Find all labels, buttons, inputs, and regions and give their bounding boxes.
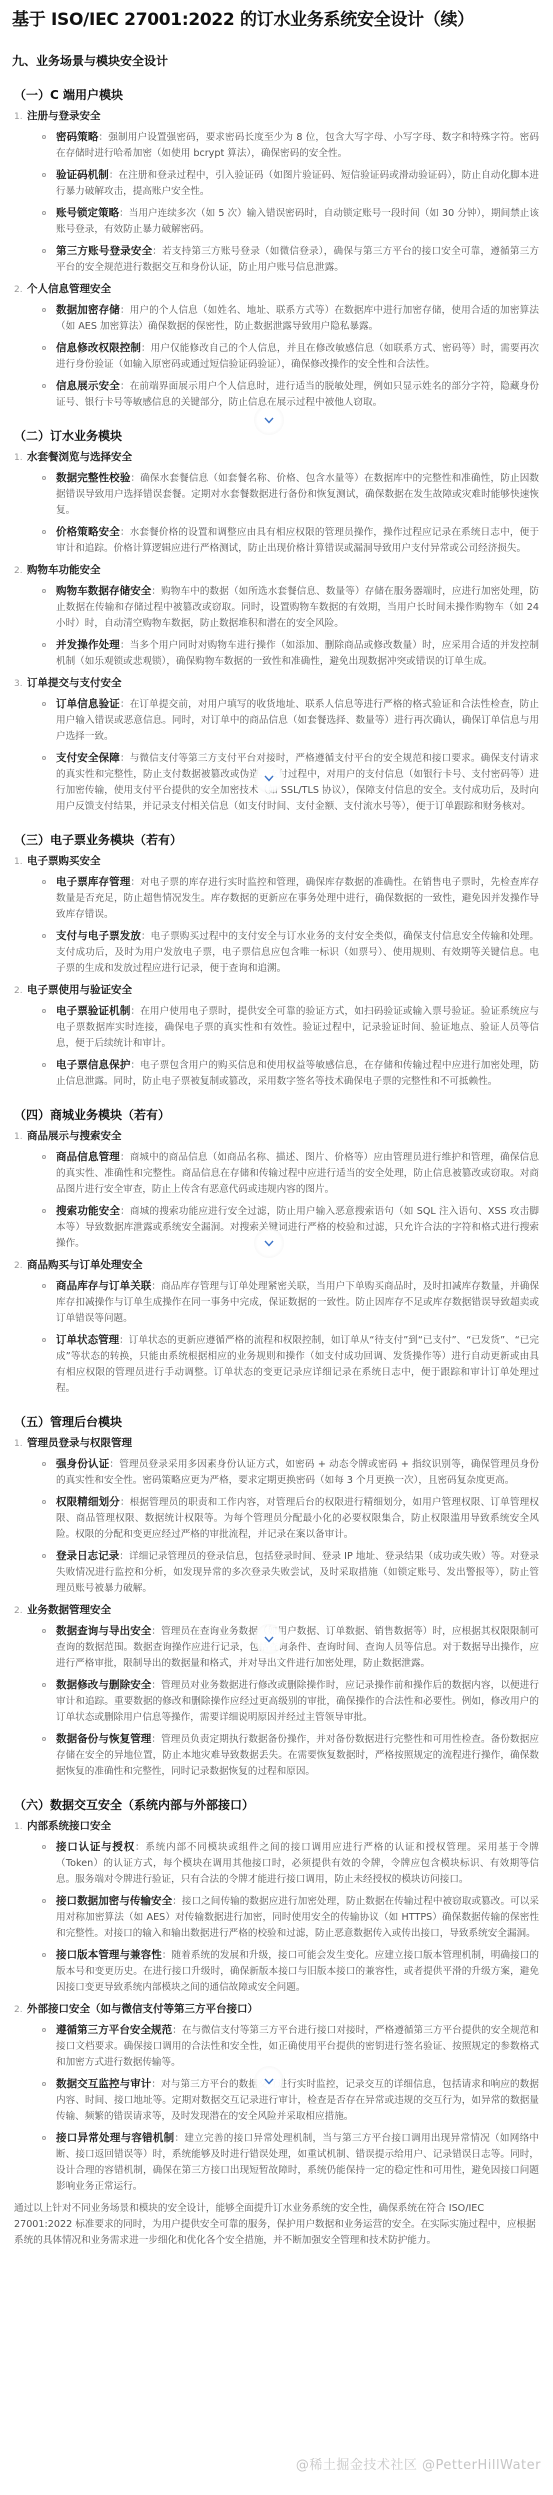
item-description: 当用户连续多次（如 5 次）输入错误密码时，自动锁定账号一段时间（如 30 分钟…	[56, 208, 539, 235]
scroll-down-button[interactable]	[254, 405, 284, 435]
list-item: 信息修改权限控制：用户仅能修改自己的个人信息，并且在修改敏感信息（如联系方式、密…	[42, 340, 539, 373]
item-term: 数据备份与恢复管理	[56, 1733, 151, 1745]
circle-bullet-icon	[42, 308, 46, 312]
term-separator: ：	[120, 699, 130, 710]
subsection-number: 1.	[14, 109, 27, 126]
item-term: 登录日志记录	[56, 1550, 119, 1562]
term-separator: ：	[120, 1152, 130, 1163]
subsection: 2.购物车功能安全购物车数据存储安全：购物车中的数据（如所选水套餐信息、数量等）…	[12, 562, 539, 670]
item-term: 商品信息管理	[56, 1151, 120, 1163]
chevron-down-icon	[264, 2078, 274, 2085]
item-term: 商品库存与订单关联	[56, 1280, 151, 1292]
subsection-title: 购物车功能安全	[27, 562, 101, 579]
document-title: 基于 ISO/IEC 27001:2022 的订水业务系统安全设计（续）	[12, 8, 539, 32]
list-item: 信息展示安全：在前端界面展示用户个人信息时，进行适当的脱敏处理，例如只显示姓名的…	[42, 378, 539, 411]
section-title: （三）电子票业务模块（若有）	[12, 831, 539, 849]
subsection: 1.水套餐浏览与选择安全数据完整性校验：确保水套餐信息（如套餐名称、价格、包含水…	[12, 449, 539, 557]
circle-bullet-icon	[42, 2082, 46, 2086]
term-separator: ：	[151, 2079, 161, 2090]
list-item: 商品库存与订单关联：商品库存管理与订单处理紧密关联，当用户下单购买商品时，及时扣…	[42, 1278, 539, 1327]
circle-bullet-icon	[42, 1554, 46, 1558]
subsection-number: 2.	[14, 282, 27, 299]
list-item: 接口数据加密与传输安全：接口之间传输的数据应进行加密处理，防止数据在传输过程中被…	[42, 1893, 539, 1942]
bullet-list: 订单信息验证：在订单提交前，对用户填写的收货地址、联系人信息等进行严格的格式验证…	[12, 696, 539, 815]
term-separator: ：	[141, 343, 151, 354]
circle-bullet-icon	[42, 135, 46, 139]
term-separator: ：	[151, 1734, 161, 1745]
chevron-down-icon	[264, 1240, 274, 1247]
circle-bullet-icon	[42, 1953, 46, 1957]
subsection-title: 商品展示与搜索安全	[27, 1128, 122, 1145]
scroll-down-button[interactable]	[254, 2066, 284, 2096]
chevron-down-icon	[264, 1636, 274, 1643]
subsection-number: 1.	[14, 1129, 27, 1146]
circle-bullet-icon	[42, 589, 46, 593]
circle-bullet-icon	[42, 702, 46, 706]
item-term: 支付安全保障	[56, 752, 120, 764]
subsection-number: 1.	[14, 1819, 27, 1836]
bullet-list: 电子票验证机制：在用户使用电子票时，提供安全可靠的验证方式，如扫码验证或输入票号…	[12, 1003, 539, 1090]
subsection-title: 订单提交与支付安全	[27, 675, 122, 692]
list-item: 密码策略：强制用户设置强密码，要求密码长度至少为 8 位，包含大写字母、小写字母…	[42, 129, 539, 162]
circle-bullet-icon	[42, 1845, 46, 1849]
circle-bullet-icon	[42, 1209, 46, 1213]
subsection: 1.内部系统接口安全接口认证与授权：系统内部不同模块或组件之间的接口调用应进行严…	[12, 1818, 539, 1996]
term-separator: ：	[120, 753, 130, 764]
subsection-title: 业务数据管理安全	[27, 1602, 111, 1619]
module-section: （一）C 端用户模块1.注册与登录安全密码策略：强制用户设置强密码，要求密码长度…	[12, 86, 539, 411]
subsection: 1.电子票购买安全电子票库存管理：对电子票的库存进行实时监控和管理，确保库存数据…	[12, 853, 539, 977]
list-item: 购物车数据存储安全：购物车中的数据（如所选水套餐信息、数量等）存储在服务器端时，…	[42, 583, 539, 632]
section-title: （一）C 端用户模块	[12, 86, 539, 104]
list-item: 登录日志记录：详细记录管理员的登录信息，包括登录时间、登录 IP 地址、登录结果…	[42, 1548, 539, 1597]
subsection: 3.订单提交与支付安全订单信息验证：在订单提交前，对用户填写的收货地址、联系人信…	[12, 675, 539, 815]
subsection-heading: 1.管理员登录与权限管理	[12, 1435, 539, 1453]
term-separator: ：	[120, 305, 130, 316]
term-separator: ：	[119, 1551, 129, 1562]
item-term: 信息展示安全	[56, 380, 120, 392]
subsection-number: 2.	[14, 1258, 27, 1275]
item-term: 接口异常处理与容错机制	[56, 2132, 174, 2144]
item-term: 账号锁定策略	[56, 207, 119, 219]
list-item: 遵循第三方平台安全规范：在与微信支付等第三方平台进行接口对接时，严格遵循第三方平…	[42, 2022, 539, 2071]
bullet-list: 电子票库存管理：对电子票的库存进行实时监控和管理，确保库存数据的准确性。在销售电…	[12, 874, 539, 977]
circle-bullet-icon	[42, 1009, 46, 1013]
list-item: 电子票验证机制：在用户使用电子票时，提供安全可靠的验证方式，如扫码验证或输入票号…	[42, 1003, 539, 1052]
item-term: 价格策略安全	[56, 526, 120, 538]
bullet-list: 数据加密存储：用户的个人信息（如姓名、地址、联系方式等）在数据库中进行加密存储，…	[12, 302, 539, 411]
list-item: 支付安全保障：与微信支付等第三方支付平台对接时，严格遵循支付平台的安全规范和接口…	[42, 750, 539, 815]
circle-bullet-icon	[42, 346, 46, 350]
item-term: 并发操作处理	[56, 639, 120, 651]
sections-container: （一）C 端用户模块1.注册与登录安全密码策略：强制用户设置强密码，要求密码长度…	[12, 86, 539, 2195]
subsection-heading: 1.内部系统接口安全	[12, 1818, 539, 1836]
list-item: 订单信息验证：在订单提交前，对用户填写的收货地址、联系人信息等进行严格的格式验证…	[42, 696, 539, 745]
circle-bullet-icon	[42, 476, 46, 480]
term-separator: ：	[172, 2025, 182, 2036]
circle-bullet-icon	[42, 2136, 46, 2140]
watermark: @稀土掘金技术社区 @PetterHillWater	[296, 2454, 541, 2473]
subsection: 1.注册与登录安全密码策略：强制用户设置强密码，要求密码长度至少为 8 位，包含…	[12, 108, 539, 276]
item-term: 数据交互监控与审计	[56, 2078, 151, 2090]
term-separator: ：	[151, 586, 161, 597]
circle-bullet-icon	[42, 1737, 46, 1741]
item-term: 数据加密存储	[56, 304, 120, 316]
bullet-list: 数据完整性校验：确保水套餐信息（如套餐名称、价格、包含水量等）在数据库中的完整性…	[12, 470, 539, 557]
item-term: 权限精细划分	[56, 1496, 120, 1508]
list-item: 接口认证与授权：系统内部不同模块或组件之间的接口调用应进行严格的认证和授权管理。…	[42, 1839, 539, 1888]
term-separator: ：	[151, 1680, 161, 1691]
list-item: 订单状态管理：订单状态的更新应遵循严格的流程和权限控制，如订单从“待支付”到“已…	[42, 1332, 539, 1397]
circle-bullet-icon	[42, 1500, 46, 1504]
bullet-list: 密码策略：强制用户设置强密码，要求密码长度至少为 8 位，包含大写字母、小写字母…	[12, 129, 539, 276]
term-separator: ：	[119, 1335, 129, 1346]
term-separator: ：	[130, 473, 140, 484]
subsection-title: 水套餐浏览与选择安全	[27, 449, 132, 466]
term-separator: ：	[162, 1950, 172, 1961]
circle-bullet-icon	[42, 1462, 46, 1466]
subsection-title: 注册与登录安全	[27, 108, 101, 125]
term-separator: ：	[151, 1626, 161, 1637]
subsection: 2.电子票使用与验证安全电子票验证机制：在用户使用电子票时，提供安全可靠的验证方…	[12, 982, 539, 1090]
document: 基于 ISO/IEC 27001:2022 的订水业务系统安全设计（续） 九、业…	[0, 0, 553, 2259]
list-item: 并发操作处理：当多个用户同时对购物车进行操作（如添加、删除商品或修改数量）时，应…	[42, 637, 539, 670]
module-section: （三）电子票业务模块（若有）1.电子票购买安全电子票库存管理：对电子票的库存进行…	[12, 831, 539, 1090]
circle-bullet-icon	[42, 643, 46, 647]
subsection-title: 内部系统接口安全	[27, 1818, 111, 1835]
item-term: 强身份认证	[56, 1458, 109, 1470]
item-term: 电子票验证机制	[56, 1005, 130, 1017]
scroll-down-button[interactable]	[254, 1624, 284, 1654]
circle-bullet-icon	[42, 530, 46, 534]
subsection-number: 2.	[14, 563, 27, 580]
list-item: 数据备份与恢复管理：管理员负责定期执行数据备份操作，并对备份数据进行完整性和可用…	[42, 1731, 539, 1780]
bullet-list: 接口认证与授权：系统内部不同模块或组件之间的接口调用应进行严格的认证和授权管理。…	[12, 1839, 539, 1996]
list-item: 支付与电子票发放：电子票购买过程中的支付安全与订水业务的支付安全类似，确保支付信…	[42, 928, 539, 977]
subsection-title: 个人信息管理安全	[27, 281, 111, 298]
item-term: 数据完整性校验	[56, 472, 130, 484]
conclusion-paragraph: 通过以上针对不同业务场景和模块的安全设计，能够全面提升订水业务系统的安全性，确保…	[12, 2201, 539, 2249]
circle-bullet-icon	[42, 880, 46, 884]
subsection-number: 2.	[14, 1603, 27, 1620]
chevron-down-icon	[264, 775, 274, 782]
circle-bullet-icon	[42, 756, 46, 760]
list-item: 强身份认证：管理员登录采用多因素身份认证方式，如密码 + 动态令牌或密码 + 指…	[42, 1456, 539, 1489]
item-term: 购物车数据存储安全	[56, 585, 151, 597]
item-term: 数据修改与删除安全	[56, 1679, 151, 1691]
list-item: 搜索功能安全：商城的搜索功能应进行安全过滤，防止用户输入恶意搜索语句（如 SQL…	[42, 1203, 539, 1252]
list-item: 第三方账号登录安全：若支持第三方账号登录（如微信登录），确保与第三方平台的接口安…	[42, 243, 539, 276]
term-separator: ：	[99, 132, 109, 143]
subsection-title: 电子票使用与验证安全	[27, 982, 132, 999]
item-term: 接口认证与授权	[56, 1841, 135, 1853]
subsection-heading: 2.电子票使用与验证安全	[12, 982, 539, 1000]
item-term: 接口数据加密与传输安全	[56, 1895, 172, 1907]
subsection-heading: 1.注册与登录安全	[12, 108, 539, 126]
section-title: （四）商城业务模块（若有）	[12, 1106, 539, 1124]
term-separator: ：	[130, 1060, 140, 1071]
list-item: 权限精细划分：根据管理员的职责和工作内容，对管理后台的权限进行精细划分，如用户管…	[42, 1494, 539, 1543]
bullet-list: 商品库存与订单关联：商品库存管理与订单处理紧密关联，当用户下单购买商品时，及时扣…	[12, 1278, 539, 1397]
term-separator: ：	[151, 1281, 161, 1292]
list-item: 电子票信息保护：电子票包含用户的购买信息和使用权益等敏感信息，在存储和传输过程中…	[42, 1057, 539, 1090]
item-term: 信息修改权限控制	[56, 342, 141, 354]
item-term: 密码策略	[56, 131, 99, 143]
module-section: （五）管理后台模块1.管理员登录与权限管理强身份认证：管理员登录采用多因素身份认…	[12, 1413, 539, 1780]
item-term: 第三方账号登录安全	[56, 245, 152, 257]
subsection-number: 1.	[14, 1436, 27, 1453]
term-separator: ：	[135, 1842, 145, 1853]
subsection-heading: 2.个人信息管理安全	[12, 281, 539, 299]
circle-bullet-icon	[42, 1683, 46, 1687]
subsection: 1.管理员登录与权限管理强身份认证：管理员登录采用多因素身份认证方式，如密码 +…	[12, 1435, 539, 1597]
subsection-heading: 2.商品购买与订单处理安全	[12, 1257, 539, 1275]
subsection-title: 外部接口安全（如与微信支付等第三方平台接口）	[27, 2001, 258, 2018]
list-item: 数据修改与删除安全：管理员对业务数据进行修改或删除操作时，应记录操作前和操作后的…	[42, 1677, 539, 1726]
circle-bullet-icon	[42, 1284, 46, 1288]
list-item: 商品信息管理：商城中的商品信息（如商品名称、描述、图片、价格等）应由管理员进行维…	[42, 1149, 539, 1198]
subsection: 2.商品购买与订单处理安全商品库存与订单关联：商品库存管理与订单处理紧密关联，当…	[12, 1257, 539, 1397]
item-term: 订单信息验证	[56, 698, 120, 710]
item-term: 数据查询与导出安全	[56, 1625, 151, 1637]
chapter-title: 九、业务场景与模块安全设计	[12, 52, 539, 70]
item-description: 强制用户设置强密码，要求密码长度至少为 8 位，包含大写字母、小写字母、数字和特…	[56, 132, 539, 159]
term-separator: ：	[109, 170, 119, 181]
circle-bullet-icon	[42, 934, 46, 938]
list-item: 数据完整性校验：确保水套餐信息（如套餐名称、价格、包含水量等）在数据库中的完整性…	[42, 470, 539, 519]
item-term: 验证码机制	[56, 169, 109, 181]
list-item: 接口异常处理与容错机制：建立完善的接口异常处理机制，当与第三方平台接口调用出现异…	[42, 2130, 539, 2195]
term-separator: ：	[130, 877, 140, 888]
term-separator: ：	[120, 1206, 130, 1217]
bullet-list: 遵循第三方平台安全规范：在与微信支付等第三方平台进行接口对接时，严格遵循第三方平…	[12, 2022, 539, 2195]
term-separator: ：	[120, 381, 130, 392]
subsection-title: 管理员登录与权限管理	[27, 1435, 132, 1452]
subsection-number: 1.	[14, 854, 27, 871]
term-separator: ：	[120, 1497, 130, 1508]
subsection-heading: 2.购物车功能安全	[12, 562, 539, 580]
item-description: 详细记录管理员的登录信息，包括登录时间、登录 IP 地址、登录结果（成功或失败）…	[56, 1551, 539, 1594]
list-item: 数据查询与导出安全：管理员在查询业务数据（如用户数据、订单数据、销售数据等）时，…	[42, 1623, 539, 1672]
circle-bullet-icon	[42, 1899, 46, 1903]
circle-bullet-icon	[42, 1063, 46, 1067]
circle-bullet-icon	[42, 249, 46, 253]
chevron-down-icon	[264, 417, 274, 424]
circle-bullet-icon	[42, 173, 46, 177]
circle-bullet-icon	[42, 1338, 46, 1342]
term-separator: ：	[120, 640, 130, 651]
circle-bullet-icon	[42, 1629, 46, 1633]
subsection-heading: 3.订单提交与支付安全	[12, 675, 539, 693]
circle-bullet-icon	[42, 2028, 46, 2032]
subsection-number: 1.	[14, 450, 27, 467]
subsection-title: 商品购买与订单处理安全	[27, 1257, 143, 1274]
list-item: 账号锁定策略：当用户连续多次（如 5 次）输入错误密码时，自动锁定账号一段时间（…	[42, 205, 539, 238]
term-separator: ：	[141, 931, 151, 942]
item-term: 电子票信息保护	[56, 1059, 130, 1071]
subsection-number: 2.	[14, 2002, 27, 2019]
subsection-number: 3.	[14, 676, 27, 693]
circle-bullet-icon	[42, 384, 46, 388]
item-term: 支付与电子票发放	[56, 930, 141, 942]
term-separator: ：	[120, 527, 130, 538]
subsection: 2.外部接口安全（如与微信支付等第三方平台接口）遵循第三方平台安全规范：在与微信…	[12, 2001, 539, 2195]
item-term: 订单状态管理	[56, 1334, 119, 1346]
item-term: 电子票库存管理	[56, 876, 130, 888]
scroll-down-button[interactable]	[254, 763, 284, 793]
bullet-list: 购物车数据存储安全：购物车中的数据（如所选水套餐信息、数量等）存储在服务器端时，…	[12, 583, 539, 670]
list-item: 价格策略安全：水套餐价格的设置和调整应由具有相应权限的管理员操作，操作过程应记录…	[42, 524, 539, 557]
module-section: （六）数据交互安全（系统内部与外部接口）1.内部系统接口安全接口认证与授权：系统…	[12, 1796, 539, 2195]
item-term: 接口版本管理与兼容性	[56, 1949, 162, 1961]
circle-bullet-icon	[42, 1155, 46, 1159]
section-title: （五）管理后台模块	[12, 1413, 539, 1431]
subsection-number: 2.	[14, 983, 27, 1000]
term-separator: ：	[172, 1896, 182, 1907]
list-item: 接口版本管理与兼容性：随着系统的发展和升级，接口可能会发生变化。应建立接口版本管…	[42, 1947, 539, 1996]
subsection-heading: 2.外部接口安全（如与微信支付等第三方平台接口）	[12, 2001, 539, 2019]
subsection-heading: 1.电子票购买安全	[12, 853, 539, 871]
subsection-heading: 2.业务数据管理安全	[12, 1602, 539, 1620]
module-section: （二）订水业务模块1.水套餐浏览与选择安全数据完整性校验：确保水套餐信息（如套餐…	[12, 427, 539, 815]
subsection-heading: 1.水套餐浏览与选择安全	[12, 449, 539, 467]
item-description: 在注册和登录过程中，引入验证码（如图片验证码、短信验证码或滑动验证码），防止自动…	[56, 170, 539, 197]
term-separator: ：	[109, 1459, 119, 1470]
item-term: 搜索功能安全	[56, 1205, 120, 1217]
term-separator: ：	[130, 1006, 140, 1017]
list-item: 数据交互监控与审计：对与第三方平台的数据交互进行实时监控，记录交互的详细信息，包…	[42, 2076, 539, 2125]
item-term: 遵循第三方平台安全规范	[56, 2024, 172, 2036]
list-item: 数据加密存储：用户的个人信息（如姓名、地址、联系方式等）在数据库中进行加密存储，…	[42, 302, 539, 335]
term-separator: ：	[174, 2133, 184, 2144]
term-separator: ：	[152, 246, 162, 257]
item-description: 管理员登录采用多因素身份认证方式，如密码 + 动态令牌或密码 + 指纹识别等，确…	[56, 1459, 539, 1486]
section-title: （六）数据交互安全（系统内部与外部接口）	[12, 1796, 539, 1814]
subsection-heading: 1.商品展示与搜索安全	[12, 1128, 539, 1146]
circle-bullet-icon	[42, 211, 46, 215]
item-description: 订单状态的更新应遵循严格的流程和权限控制，如订单从“待支付”到“已支付”、“已发…	[56, 1335, 539, 1394]
list-item: 验证码机制：在注册和登录过程中，引入验证码（如图片验证码、短信验证码或滑动验证码…	[42, 167, 539, 200]
scroll-down-button[interactable]	[254, 1228, 284, 1258]
bullet-list: 强身份认证：管理员登录采用多因素身份认证方式，如密码 + 动态令牌或密码 + 指…	[12, 1456, 539, 1597]
subsection-title: 电子票购买安全	[27, 853, 101, 870]
term-separator: ：	[119, 208, 129, 219]
subsection: 2.个人信息管理安全数据加密存储：用户的个人信息（如姓名、地址、联系方式等）在数…	[12, 281, 539, 411]
list-item: 电子票库存管理：对电子票的库存进行实时监控和管理，确保库存数据的准确性。在销售电…	[42, 874, 539, 923]
